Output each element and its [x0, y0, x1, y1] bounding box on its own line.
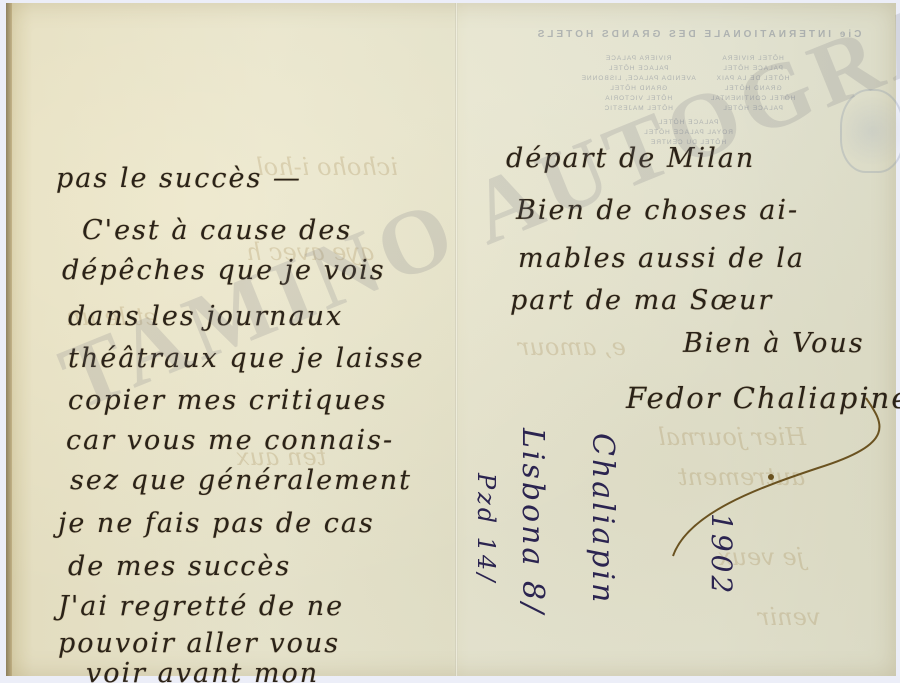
letter-line: sez que généralement — [70, 465, 412, 496]
letterhead-column: HÔTEL RIVIERA PALACE HÔTEL HÔTEL DE LA P… — [710, 54, 796, 114]
show-through-text: e, amour — [518, 333, 626, 361]
vertical-annotation: Pzd 14/ — [472, 473, 500, 584]
letter-line: Bien de choses ai- — [516, 195, 799, 226]
closing-line: Bien à Vous — [683, 328, 865, 359]
left-page: ichoho i-hol aye avec h et le un ten aux… — [6, 3, 455, 676]
show-through-text: Hier journal — [658, 423, 806, 451]
signature: Fedor Chaliapine — [626, 381, 900, 415]
letter-line: de mes succès — [68, 551, 291, 582]
letter-line: pouvoir aller vous — [58, 628, 340, 659]
letter-line: car vous me connais- — [66, 425, 394, 456]
letter-line: pas le succès — — [56, 163, 302, 194]
letter-line: théâtraux que je laisse — [68, 343, 425, 374]
letter-line: J'ai regretté de ne — [58, 591, 344, 622]
letter-line: C'est à cause des — [82, 215, 352, 246]
vertical-annotation: 1902 — [705, 513, 738, 596]
letter-line: part de ma Sœur — [510, 285, 773, 316]
show-through-text: autrement — [678, 463, 805, 491]
letter-line: dans les journaux — [68, 301, 343, 332]
show-through-text: venir — [758, 603, 820, 631]
letter-line: voir avant mon — [86, 658, 319, 683]
letter-line: mables aussi de la — [518, 243, 805, 274]
vertical-annotation: Lisbona 8/ — [515, 428, 550, 616]
letterhead-title: Cie INTERNATIONALE DES GRANDS HOTELS — [518, 29, 878, 40]
letter-sheet: ichoho i-hol aye avec h et le un ten aux… — [6, 3, 896, 676]
vertical-annotation: Chaliapin — [585, 433, 620, 605]
letter-line: je ne fais pas de cas — [58, 508, 375, 539]
letter-line: dépêches que je vois — [62, 255, 386, 286]
right-page: Cie INTERNATIONALE DES GRANDS HOTELS HÔT… — [458, 3, 896, 676]
hotel-crest-icon — [840, 89, 900, 173]
letterhead-column: RIVIERA PALACE PALACE HÔTEL AVENIDA PALA… — [581, 54, 696, 114]
letter-line: départ de Milan — [506, 143, 755, 174]
letter-line: copier mes critiques — [68, 385, 387, 416]
hotel-letterhead: Cie INTERNATIONALE DES GRANDS HOTELS HÔT… — [498, 29, 878, 148]
